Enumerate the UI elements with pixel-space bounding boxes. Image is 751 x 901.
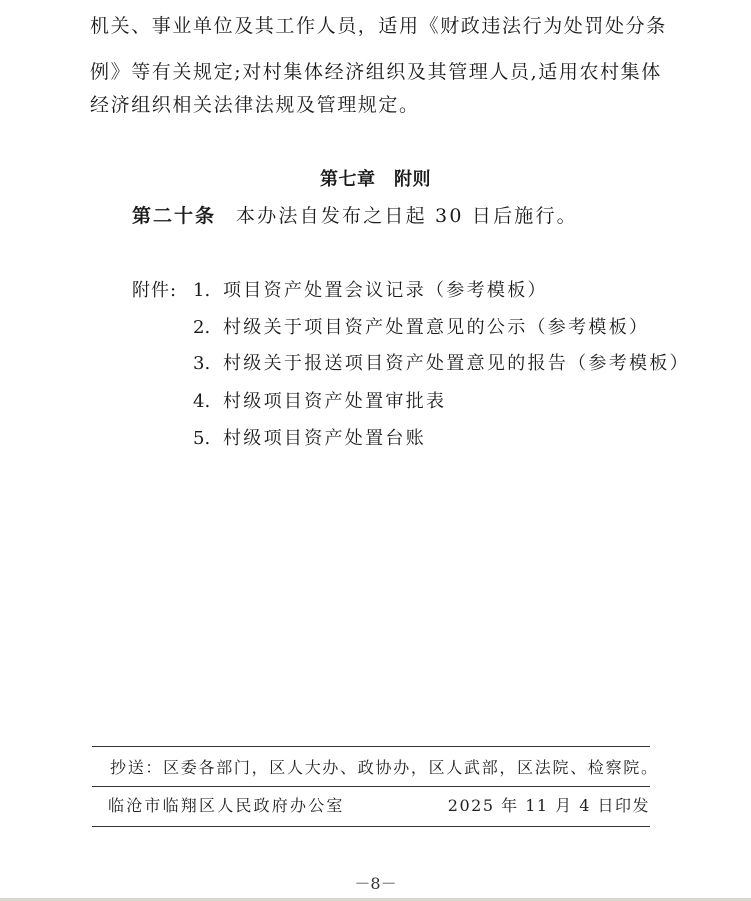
attachment-title: 村级关于项目资产处置意见的公示（参考模板） — [223, 317, 649, 338]
attachment-title: 村级项目资产处置台账 — [223, 428, 426, 449]
issue-date: 2025 年 11 月 4 日印发 — [448, 795, 650, 817]
attachment-number: 5. — [193, 427, 223, 451]
article-number: 第二十条 — [132, 205, 216, 227]
attachment-item: 3.村级关于报送项目资产处置意见的报告（参考模板） — [193, 352, 690, 376]
attachment-item: 4.村级项目资产处置审批表 — [193, 390, 446, 414]
footer-rule-bottom — [92, 826, 650, 827]
attachment-item: 2.村级关于项目资产处置意见的公示（参考模板） — [193, 316, 649, 340]
cc-recipients: 抄送：区委各部门，区人大办、政协办，区人武部，区法院、检察院。 — [110, 757, 659, 779]
attachment-title: 村级项目资产处置审批表 — [223, 391, 446, 412]
body-text-line-3: 经济组织相关法律法规及管理规定。 — [90, 93, 420, 117]
article-text: 本办法自发布之日起 30 日后施行。 — [236, 205, 578, 227]
page-number: －8－ — [0, 874, 751, 894]
attachment-title: 项目资产处置会议记录（参考模板） — [223, 280, 548, 301]
chapter-title: 第七章 附则 — [0, 168, 751, 192]
attachment-number: 1. — [193, 279, 223, 303]
issuing-office: 临沧市临翔区人民政府办公室 — [108, 795, 345, 817]
footer-rule-middle — [92, 786, 650, 787]
attachments-label: 附件: — [132, 279, 177, 303]
body-text-line-1: 机关、事业单位及其工作人员，适用《财政违法行为处罚处分条 — [90, 14, 667, 38]
body-text-line-2: 例》等有关规定;对村集体经济组织及其管理人员,适用农村集体 — [90, 60, 662, 84]
attachment-title: 村级关于报送项目资产处置意见的报告（参考模板） — [223, 353, 690, 374]
attachment-item: 1.项目资产处置会议记录（参考模板） — [193, 279, 548, 303]
attachment-number: 2. — [193, 316, 223, 340]
attachment-number: 4. — [193, 390, 223, 414]
attachment-item: 5.村级项目资产处置台账 — [193, 427, 426, 451]
attachment-number: 3. — [193, 352, 223, 376]
footer-rule-top — [92, 746, 650, 747]
document-page: 机关、事业单位及其工作人员，适用《财政违法行为处罚处分条 例》等有关规定;对村集… — [0, 0, 751, 898]
article-20: 第二十条本办法自发布之日起 30 日后施行。 — [132, 204, 578, 228]
